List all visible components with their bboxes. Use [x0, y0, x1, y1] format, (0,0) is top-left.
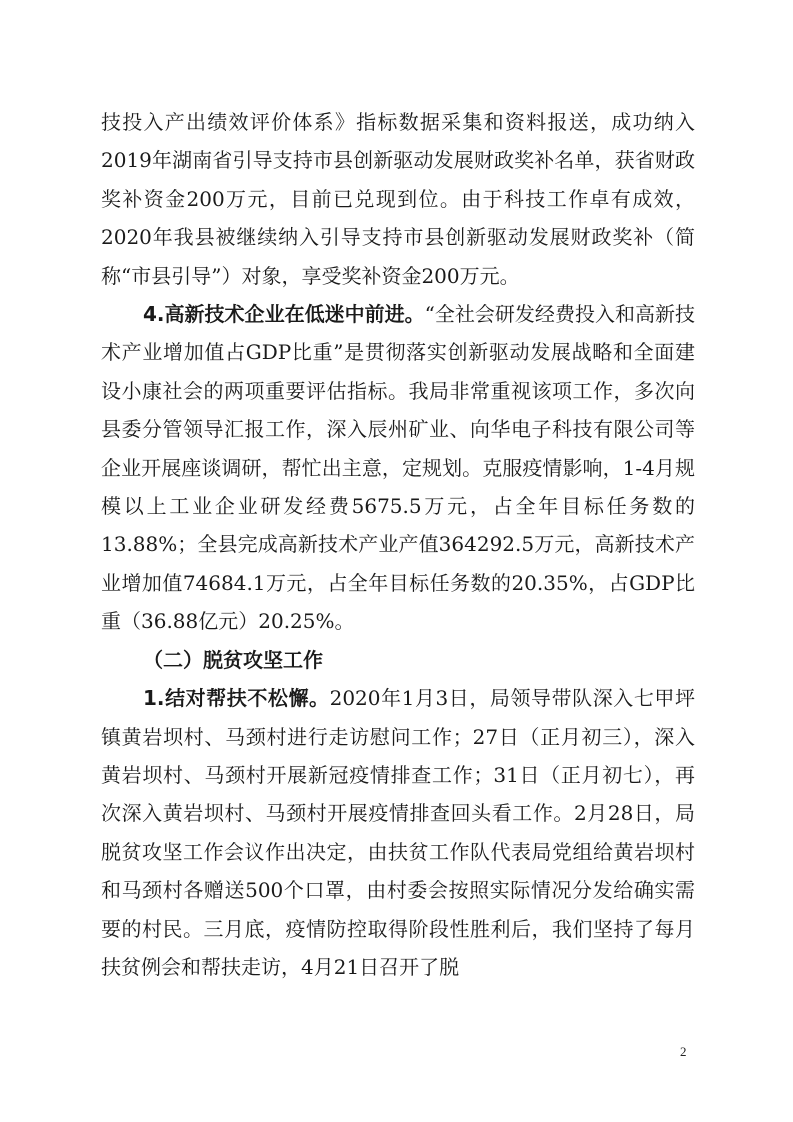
document-body: 技投入产出绩效评价体系》指标数据采集和资料报送，成功纳入2019年湖南省引导支持… — [101, 103, 695, 986]
paragraph-body-text: 2020年1月3日，局领导带队深入七甲坪镇黄岩坝村、马颈村进行走访慰问工作；27… — [101, 686, 695, 979]
paragraph-lead-heading: 4.高新技术企业在低迷中前进。 — [143, 302, 425, 326]
paragraph-continuation: 技投入产出绩效评价体系》指标数据采集和资料报送，成功纳入2019年湖南省引导支持… — [101, 103, 695, 295]
paragraph-body-text: “全社会研发经费投入和高新技术产业增加值占GDP比重”是贯彻落实创新驱动发展战略… — [101, 302, 695, 633]
section-heading-poverty-alleviation: （二）脱贫攻坚工作 — [101, 641, 695, 679]
paragraph-high-tech-enterprises: 4.高新技术企业在低迷中前进。“全社会研发经费投入和高新技术产业增加值占GDP比… — [101, 295, 695, 641]
paragraph-paired-assistance: 1.结对帮扶不松懈。2020年1月3日，局领导带队深入七甲坪镇黄岩坝村、马颈村进… — [101, 679, 695, 986]
document-page: 技投入产出绩效评价体系》指标数据采集和资料报送，成功纳入2019年湖南省引导支持… — [0, 0, 793, 1122]
paragraph-lead-heading: 1.结对帮扶不松懈。 — [143, 686, 330, 710]
page-number: 2 — [680, 1044, 687, 1060]
